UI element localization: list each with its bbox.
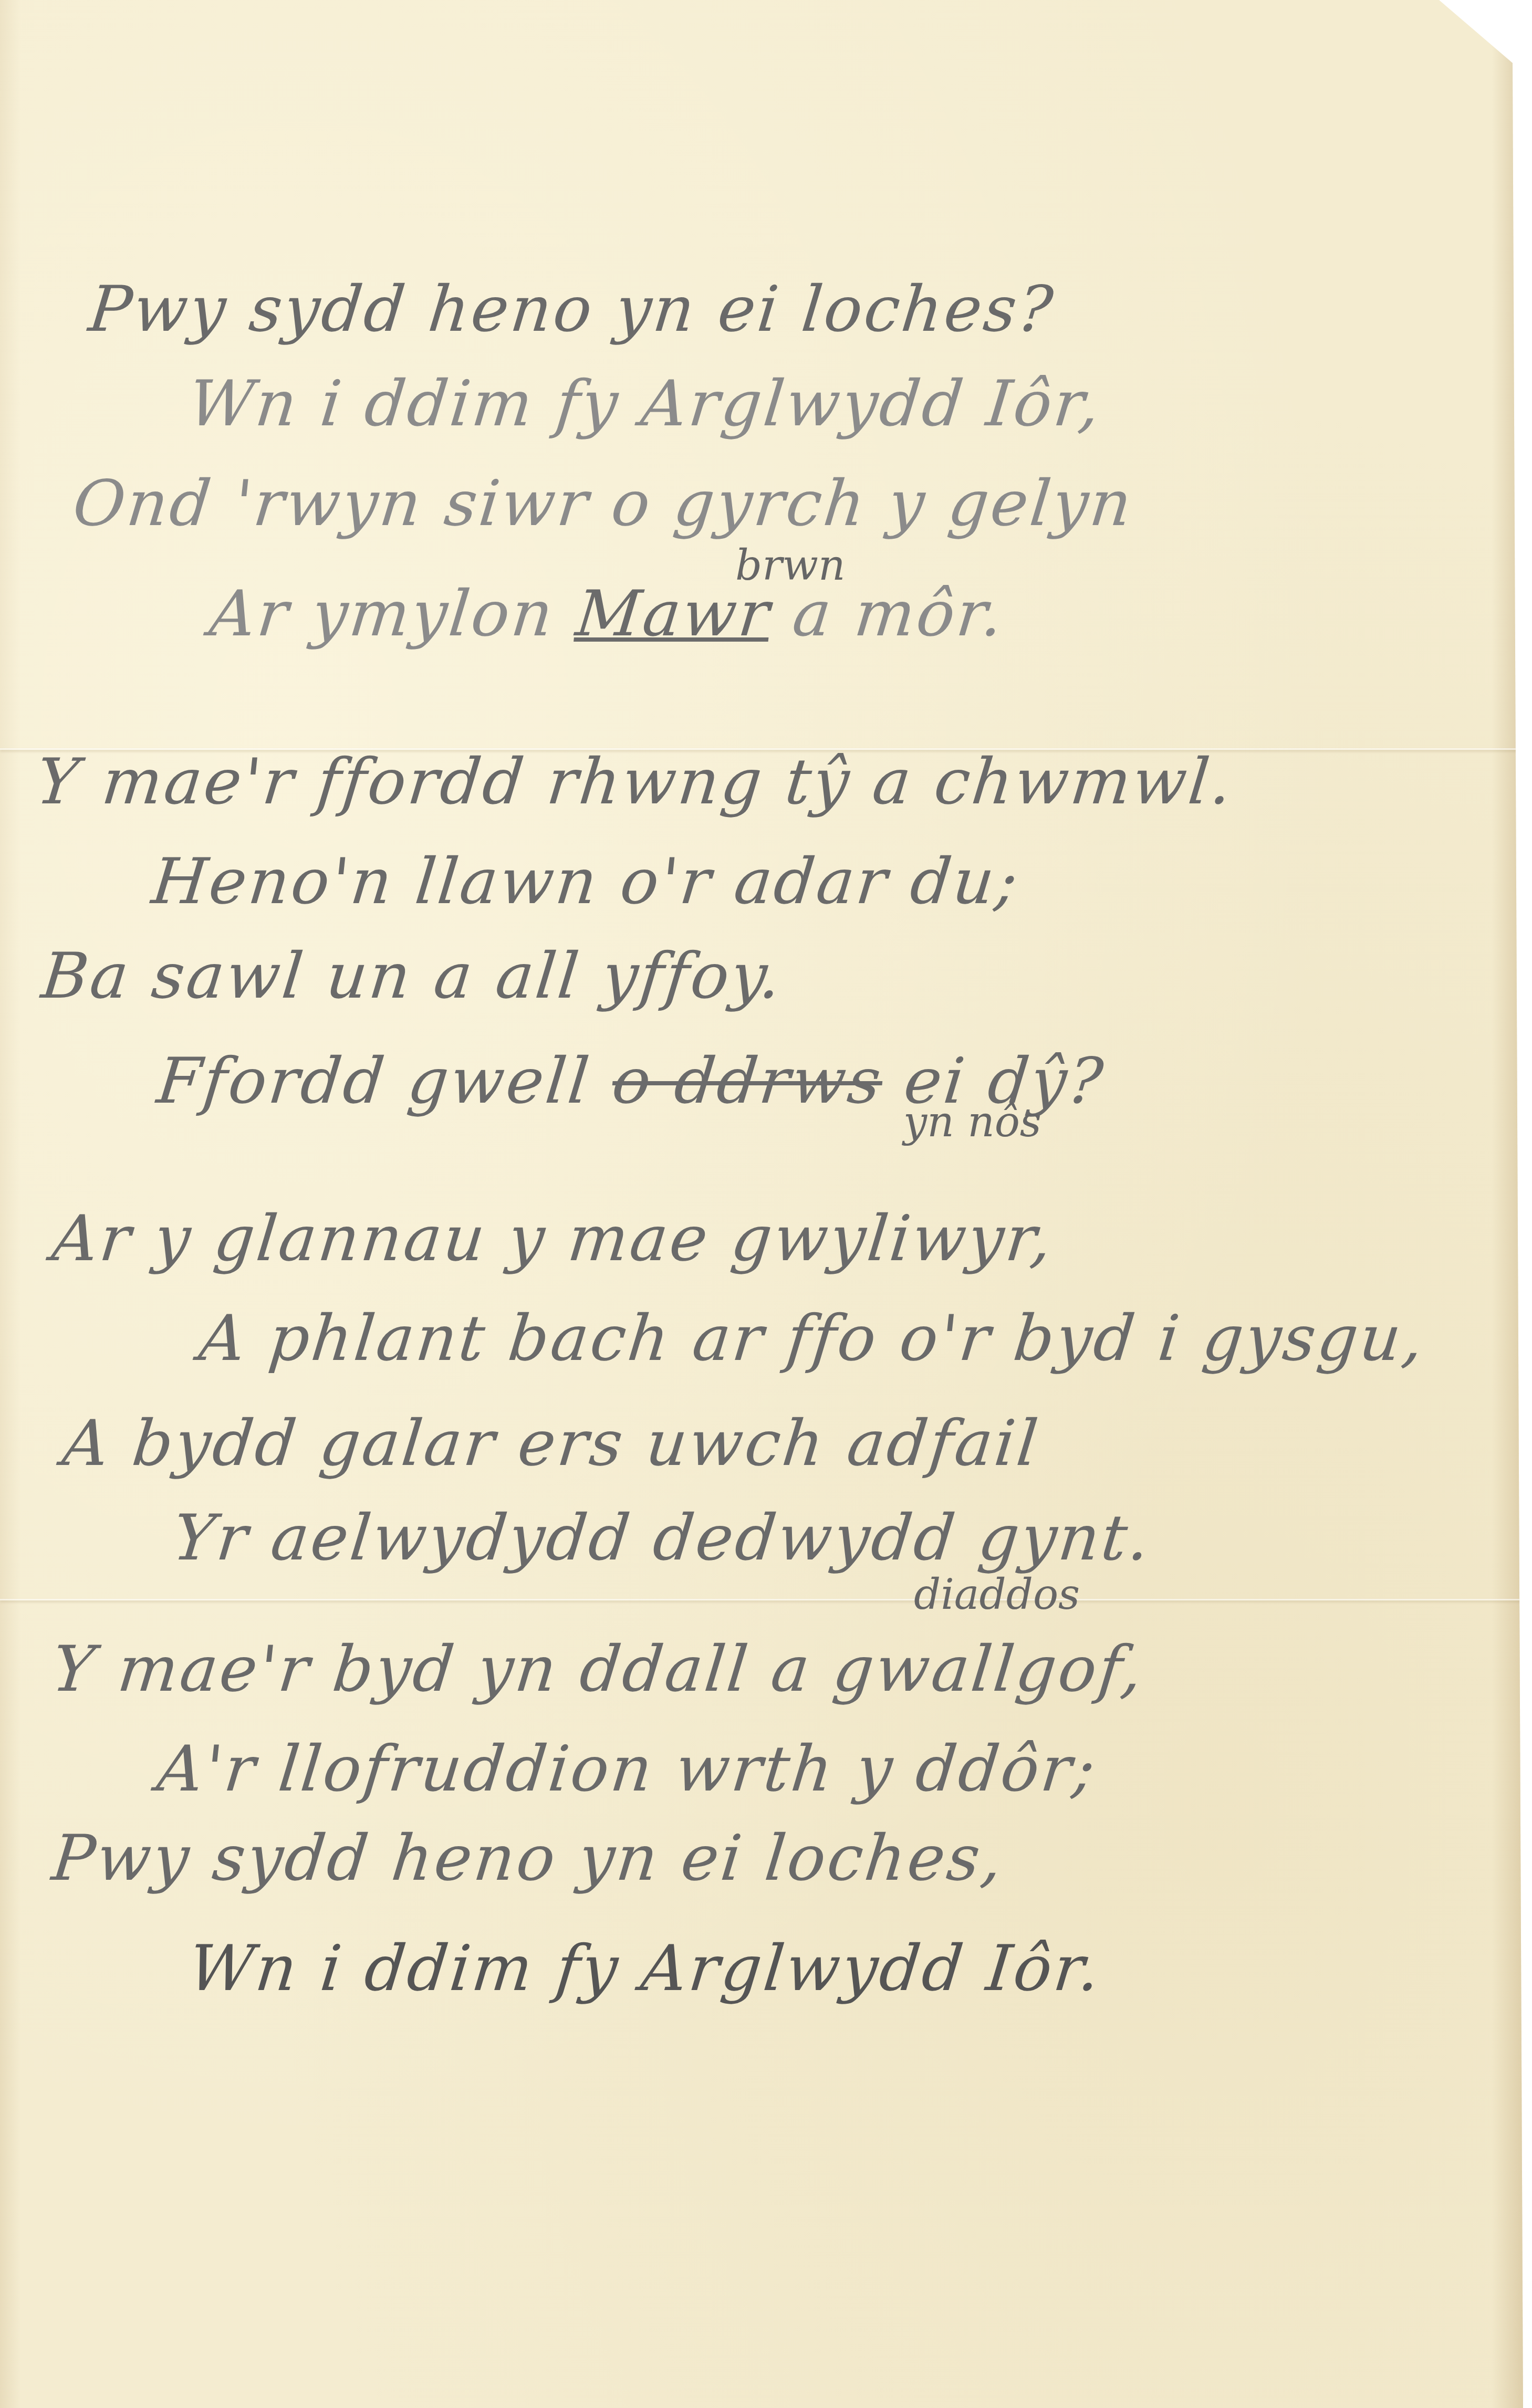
paper-fold-crease xyxy=(0,1599,1523,1600)
struck-word: o ddrws xyxy=(609,1045,886,1118)
poem-line: A bydd galar ers uwch adfail xyxy=(59,1407,1043,1480)
poem-line: Y mae'r byd yn ddall a gwallgof, xyxy=(49,1633,1148,1706)
poem-line: Ar y glannau y mae gwyliwyr, xyxy=(49,1202,1057,1275)
line-segment: Ffordd gwell xyxy=(154,1045,617,1118)
poem-line: Wn i ddim fy Arglwydd Iôr, xyxy=(185,368,1106,441)
poem-line: Heno'n llawn o'r adar du; xyxy=(149,845,1023,918)
poem-line: Ar ymylon Mawr a môr. xyxy=(206,578,1008,651)
poem-line: Wn i ddim fy Arglwydd Iôr. xyxy=(185,1932,1106,2005)
poem-line: A'r llofruddion wrth y ddôr; xyxy=(154,1733,1101,1806)
inserted-correction: yn nôs xyxy=(903,1097,1041,1146)
poem-line: Yr aelwydydd dedwydd gynt. xyxy=(170,1502,1155,1575)
manuscript-page: Pwy sydd heno yn ei loches? Wn i ddim fy… xyxy=(0,0,1523,2408)
poem-line: Pwy sydd heno yn ei loches? xyxy=(86,273,1058,346)
poem-line: Y mae'r ffordd rhwng tŷ a chwmwl. xyxy=(33,746,1237,819)
line-segment: Ar ymylon xyxy=(206,578,580,651)
poem-line: Ba sawl un a all yffoy. xyxy=(38,940,787,1013)
inserted-correction: brwn xyxy=(735,541,845,590)
poem-line: A phlant bach ar ffo o'r byd i gysgu, xyxy=(196,1302,1429,1375)
poem-line: Ond 'rwyn siwr o gyrch y gelyn xyxy=(70,467,1137,540)
poem-line: Pwy sydd heno yn ei loches, xyxy=(49,1822,1008,1895)
inserted-correction: diaddos xyxy=(914,1570,1080,1619)
